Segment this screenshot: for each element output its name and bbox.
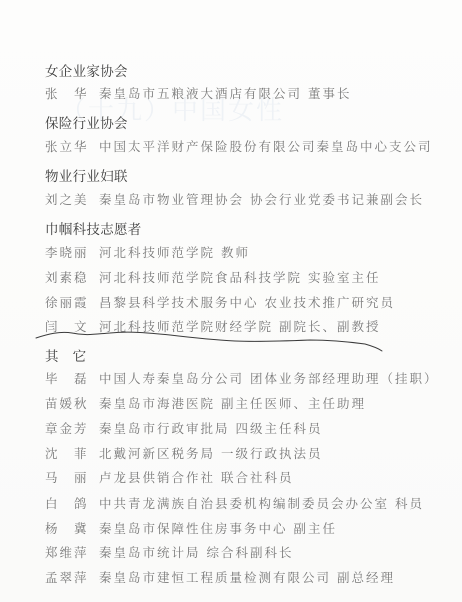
- person-name: 李晓丽: [45, 243, 99, 261]
- person-name: 白 鸽: [45, 494, 99, 512]
- section-title-insurance-association: 保险行业协会: [45, 112, 128, 132]
- person-affiliation: 河北科技师范学院 教师: [99, 243, 250, 261]
- list-item: 苗媛秋秦皇岛市海港医院 副主任医师、主任助理: [45, 394, 366, 412]
- section-title-tech-volunteers: 巾帼科技志愿者: [45, 218, 142, 238]
- list-item: 郑维萍秦皇岛市统计局 综合科副科长: [45, 543, 293, 561]
- person-affiliation: 秦皇岛市海港医院 副主任医师、主任助理: [99, 394, 366, 412]
- person-affiliation: 河北科技师范学院食品科技学院 实验室主任: [99, 268, 380, 286]
- list-item: 孟翠萍秦皇岛市建恒工程质量检测有限公司 副总经理: [45, 568, 395, 586]
- person-affiliation: 秦皇岛市行政审批局 四级主任科员: [99, 419, 322, 437]
- list-item: 李晓丽河北科技师范学院 教师: [45, 243, 250, 261]
- list-item: 刘素稳河北科技师范学院食品科技学院 实验室主任: [45, 268, 380, 286]
- list-item: 马 丽卢龙县供销合作社 联合社科员: [45, 468, 293, 486]
- person-name: 刘素稳: [45, 268, 99, 286]
- person-name: 章金芳: [45, 419, 99, 437]
- person-affiliation: 中共青龙满族自治县委机构编制委员会办公室 科员: [99, 494, 424, 512]
- person-affiliation: 昌黎县科学技术服务中心 农业技术推广研究员: [99, 293, 395, 311]
- person-affiliation: 北戴河新区税务局 一级行政执法员: [99, 444, 322, 462]
- section-title-others: 其 它: [45, 345, 86, 365]
- list-item: 徐丽霞昌黎县科学技术服务中心 农业技术推广研究员: [45, 293, 395, 311]
- person-affiliation: 中国太平洋财产保险股份有限公司秦皇岛中心支公司: [99, 137, 433, 155]
- person-name: 张 华: [45, 84, 99, 102]
- person-name: 苗媛秋: [45, 394, 99, 412]
- list-item: 章金芳秦皇岛市行政审批局 四级主任科员: [45, 419, 322, 437]
- list-item: 毕 磊中国人寿秦皇岛分公司 团体业务部经理助理（挂职）: [45, 369, 438, 387]
- person-name: 张立华: [45, 137, 99, 155]
- person-name: 徐丽霞: [45, 293, 99, 311]
- list-item: 闫 文河北科技师范学院财经学院 副院长、副教授: [45, 317, 380, 335]
- person-affiliation: 秦皇岛市保障性住房事务中心 副主任: [99, 519, 337, 537]
- section-title-property-womens-federation: 物业行业妇联: [45, 165, 128, 185]
- person-affiliation: 秦皇岛市五粮液大酒店有限公司 董事长: [99, 84, 351, 102]
- list-item: 张 华秦皇岛市五粮液大酒店有限公司 董事长: [45, 84, 351, 102]
- person-affiliation: 河北科技师范学院财经学院 副院长、副教授: [99, 317, 380, 335]
- person-name: 闫 文: [45, 317, 99, 335]
- list-item: 杨 冀秦皇岛市保障性住房事务中心 副主任: [45, 519, 337, 537]
- person-name: 孟翠萍: [45, 568, 99, 586]
- list-item: 白 鸽中共青龙满族自治县委机构编制委员会办公室 科员: [45, 494, 424, 512]
- person-affiliation: 中国人寿秦皇岛分公司 团体业务部经理助理（挂职）: [99, 369, 438, 387]
- person-affiliation: 秦皇岛市统计局 综合科副科长: [99, 543, 293, 561]
- person-name: 郑维萍: [45, 543, 99, 561]
- list-item: 刘之美秦皇岛市物业管理协会 协会行业党委书记兼副会长: [45, 190, 424, 208]
- person-affiliation: 卢龙县供销合作社 联合社科员: [99, 468, 293, 486]
- section-title-women-entrepreneurs: 女企业家协会: [45, 60, 128, 80]
- list-item: 沈 菲北戴河新区税务局 一级行政执法员: [45, 444, 322, 462]
- list-item: 张立华中国太平洋财产保险股份有限公司秦皇岛中心支公司: [45, 137, 433, 155]
- person-name: 刘之美: [45, 190, 99, 208]
- document-page: （十九）中国女性 女企业家协会 张 华秦皇岛市五粮液大酒店有限公司 董事长 保险…: [0, 0, 462, 602]
- person-name: 毕 磊: [45, 369, 99, 387]
- person-name: 马 丽: [45, 468, 99, 486]
- person-name: 沈 菲: [45, 444, 99, 462]
- person-affiliation: 秦皇岛市物业管理协会 协会行业党委书记兼副会长: [99, 190, 424, 208]
- person-name: 杨 冀: [45, 519, 99, 537]
- person-affiliation: 秦皇岛市建恒工程质量检测有限公司 副总经理: [99, 568, 395, 586]
